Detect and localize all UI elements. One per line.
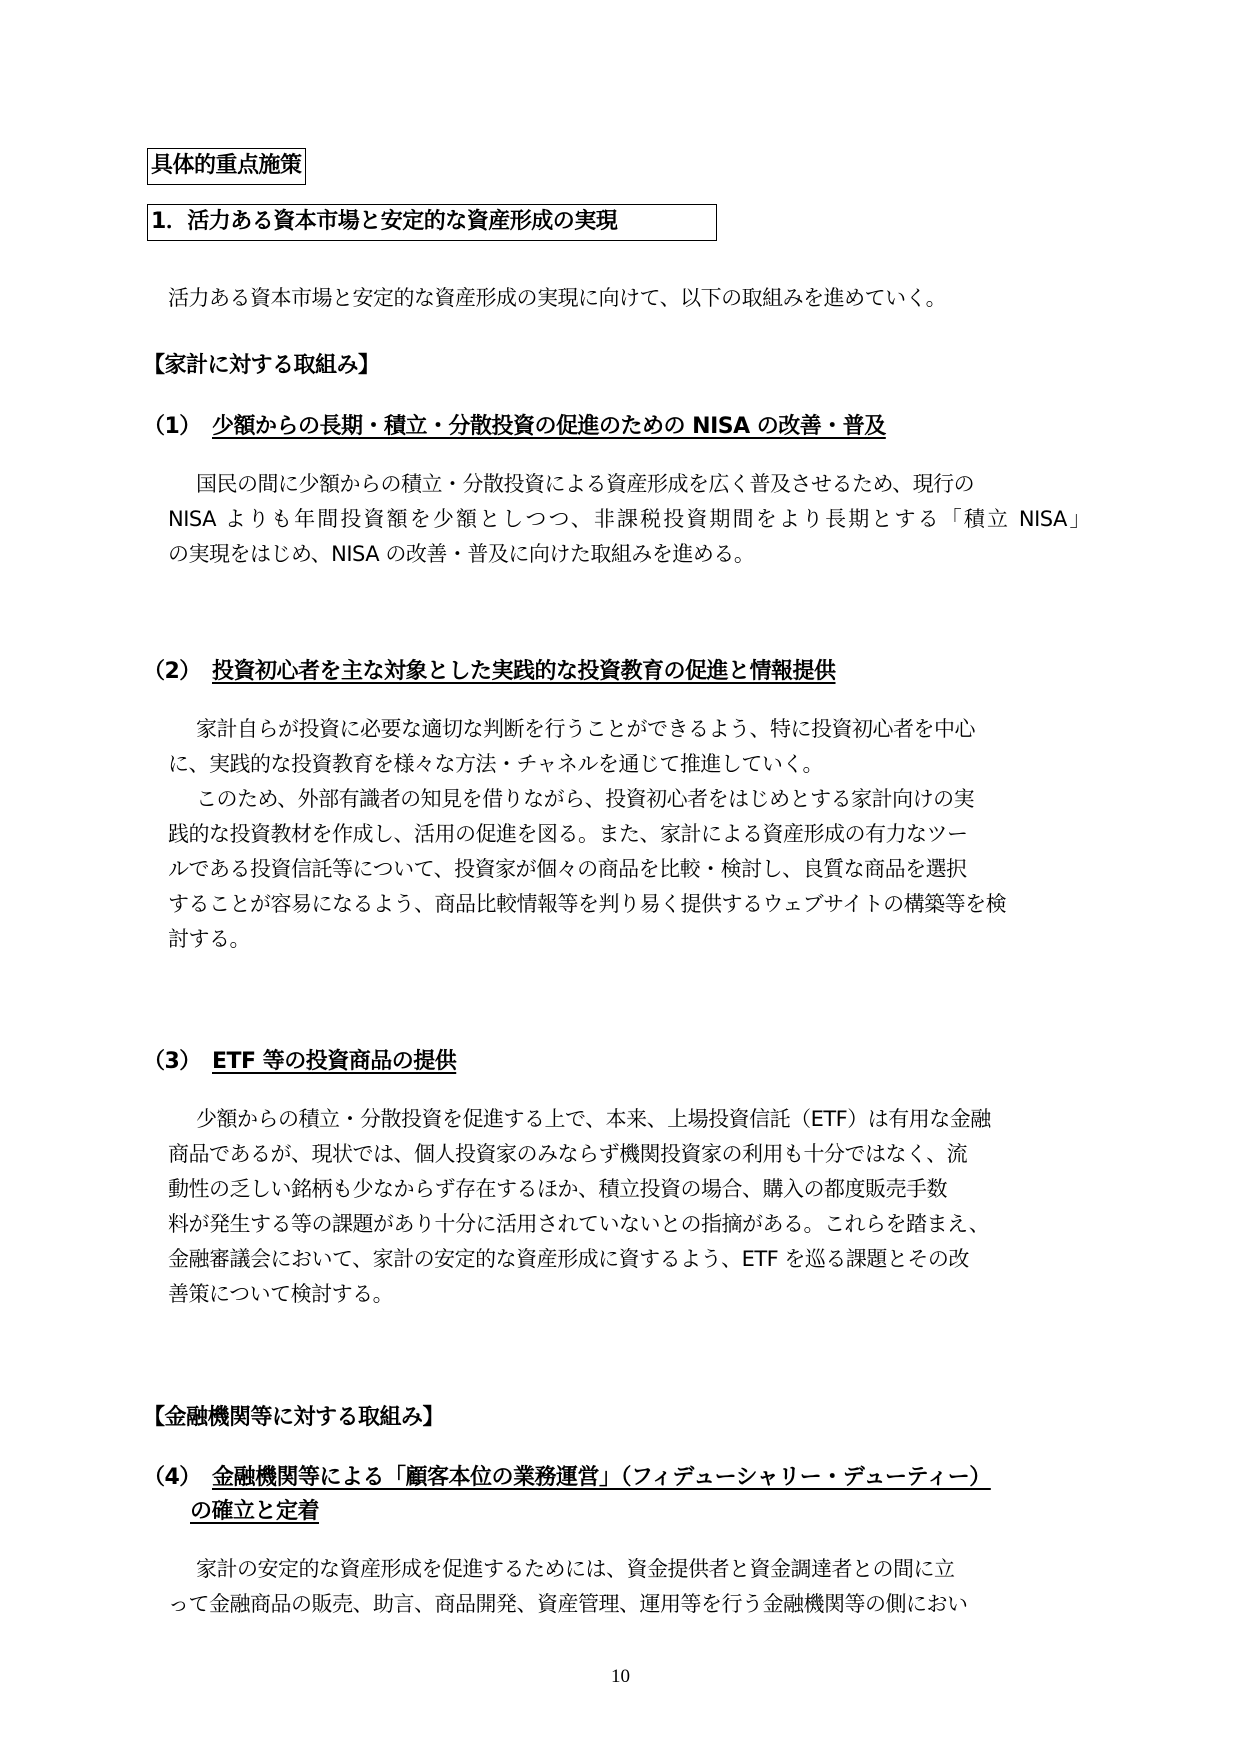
paragraph-line: 討する。: [168, 925, 250, 953]
paragraph-line: 善策について検討する。: [168, 1280, 393, 1308]
paragraph-line: 商品であるが、現状では、個人投資家のみならず機関投資家の利用も十分ではなく、流: [168, 1140, 967, 1168]
group-heading-household: 【家計に対する取組み】: [143, 352, 380, 380]
paragraph-line: 料が発生する等の課題があり十分に活用されていないとの指摘がある。これらを踏まえ、: [168, 1210, 989, 1238]
paragraph-line: このため、外部有識者の知見を借りながら、投資初心者をはじめとする家計向けの実: [196, 785, 974, 813]
intro-text: 活力ある資本市場と安定的な資産形成の実現に向けて、以下の取組みを進めていく。: [168, 284, 946, 312]
item-4-number: （4）: [143, 1464, 201, 1492]
item-2-title: 投資初心者を主な対象とした実践的な投資教育の促進と情報提供: [212, 658, 836, 686]
paragraph-line: NISA よりも年間投資額を少額としつつ、非課税投資期間をより長期とする「積立 …: [168, 505, 1090, 533]
item-1-title: 少額からの長期・積立・分散投資の促進のための NISA の改善・普及: [212, 413, 886, 441]
section-label: 具体的重点施策: [147, 148, 306, 185]
paragraph-line: に、実践的な投資教育を様々な方法・チャネルを通じて推進していく。: [168, 750, 823, 778]
item-4-title-line-2: の確立と定着: [190, 1498, 319, 1526]
group-heading-financial-institutions: 【金融機関等に対する取組み】: [143, 1404, 444, 1432]
item-3-number: （3）: [143, 1048, 201, 1076]
paragraph-line: ルである投資信託等について、投資家が個々の商品を比較・検討し、良質な商品を選択: [168, 855, 967, 883]
paragraph-line: 践的な投資教材を作成し、活用の促進を図る。また、家計による資産形成の有力なツー: [168, 820, 968, 848]
item-4-title-line-1: 金融機関等による「顧客本位の業務運営」（フィデューシャリー・デューティー）: [212, 1464, 991, 1492]
item-3-title: ETF 等の投資商品の提供: [212, 1048, 456, 1076]
paragraph-line: 金融審議会において、家計の安定的な資産形成に資するよう、ETF を巡る課題とその…: [168, 1245, 969, 1273]
paragraph-line: することが容易になるよう、商品比較情報等を判り易く提供するウェブサイトの構築等を…: [168, 890, 1006, 918]
paragraph-line: って金融商品の販売、助言、商品開発、資産管理、運用等を行う金融機関等の側におい: [168, 1590, 968, 1618]
paragraph-line: 家計自らが投資に必要な適切な判断を行うことができるよう、特に投資初心者を中心: [196, 715, 975, 743]
paragraph-line: 少額からの積立・分散投資を促進する上で、本来、上場投資信託（ETF）は有用な金融: [196, 1105, 991, 1133]
paragraph-line: 国民の間に少額からの積立・分散投資による資産形成を広く普及させるため、現行の: [196, 470, 974, 498]
item-2-number: （2）: [143, 658, 201, 686]
page-number: 10: [611, 1666, 630, 1688]
paragraph-line: の実現をはじめ、NISA の改善・普及に向けた取組みを進める。: [168, 540, 754, 568]
paragraph-line: 動性の乏しい銘柄も少なからず存在するほか、積立投資の場合、購入の都度販売手数: [168, 1175, 947, 1203]
paragraph-line: 家計の安定的な資産形成を促進するためには、資金提供者と資金調達者との間に立: [196, 1555, 955, 1583]
chapter-title: 1．活力ある資本市場と安定的な資産形成の実現: [147, 204, 717, 241]
item-1-number: （1）: [143, 413, 201, 441]
